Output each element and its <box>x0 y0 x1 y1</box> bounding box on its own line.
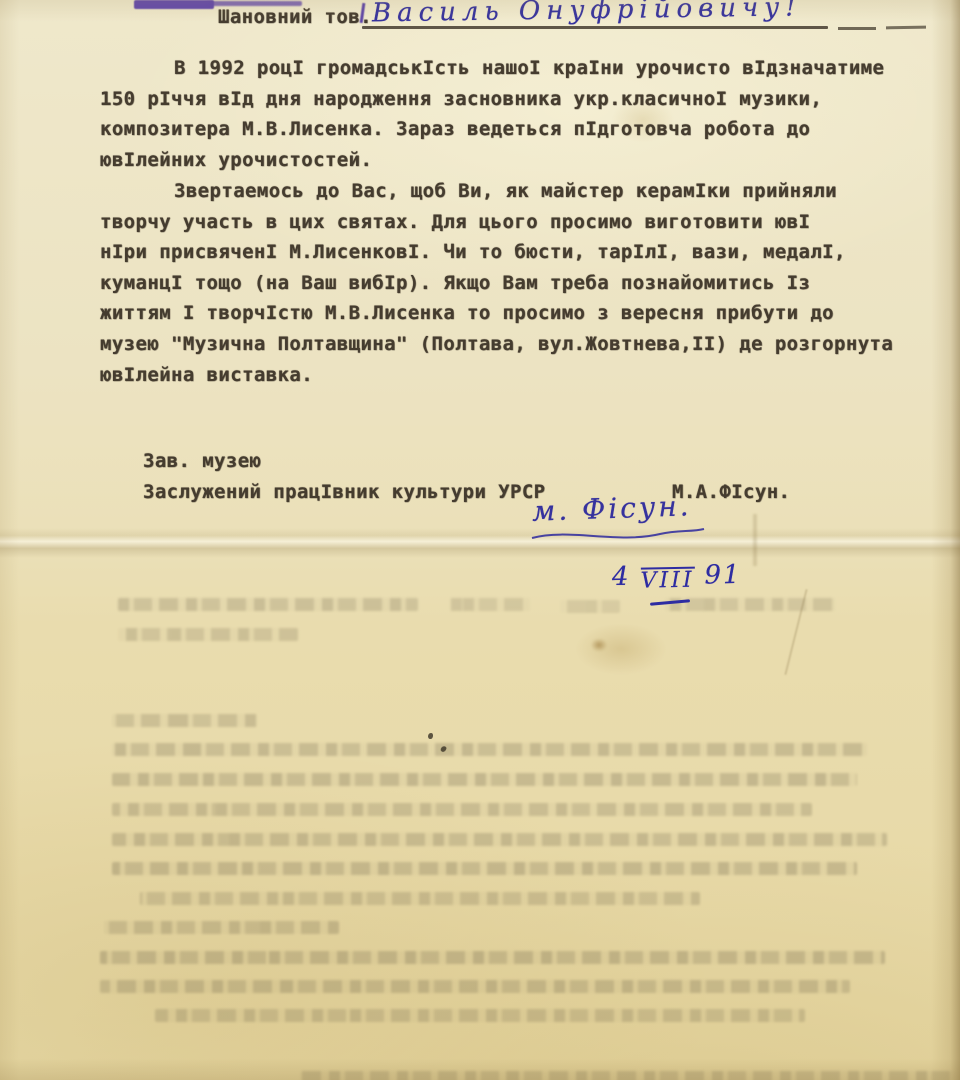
signature-flourish <box>528 524 708 546</box>
bleedthrough-line <box>118 628 298 641</box>
bleedthrough-line <box>155 1009 805 1022</box>
scanned-letter-page: Шановний тов. Василь Онуфрійовичу! В 199… <box>0 0 960 1080</box>
bleedthrough-line <box>112 833 887 846</box>
bleedthrough-line <box>112 743 867 756</box>
vertical-crease <box>753 514 757 566</box>
date-month-roman: VIII <box>640 567 694 593</box>
handwritten-date: 4 VIII 91 <box>612 560 742 593</box>
bleedthrough-line <box>665 598 835 611</box>
date-year: 91 <box>704 560 742 592</box>
letter-paragraph-1: В 1992 роцІ громадськІсть нашоІ краІни у… <box>100 53 910 175</box>
bleedthrough-line <box>112 803 812 816</box>
bleedthrough-line <box>112 773 857 786</box>
salutation-typed: Шановний тов. <box>218 2 372 33</box>
bleedthrough-line <box>112 714 257 727</box>
bleedthrough-line <box>140 892 700 905</box>
paper-stain <box>588 636 610 654</box>
signature-role-lines: Зав. музею Заслужений працІвник культури… <box>143 446 546 508</box>
bleedthrough-line <box>100 951 885 964</box>
fold-crease <box>0 528 960 558</box>
bleedthrough-line <box>104 921 339 934</box>
bleedthrough-line <box>300 1071 955 1080</box>
salutation-underline-dash <box>838 27 876 30</box>
signature-handwritten: м. Фісун. <box>531 489 692 528</box>
bleedthrough-line <box>112 862 857 875</box>
paper-stain <box>556 612 686 686</box>
bleedthrough-line <box>100 980 850 993</box>
purple-marker-stroke <box>134 0 214 9</box>
letter-paragraph-2: Звертаемось до Вас, щоб Ви, як майстер к… <box>100 176 910 390</box>
bleedthrough-line <box>118 598 418 611</box>
bleedthrough-line <box>450 598 530 611</box>
date-day: 4 <box>612 562 631 593</box>
